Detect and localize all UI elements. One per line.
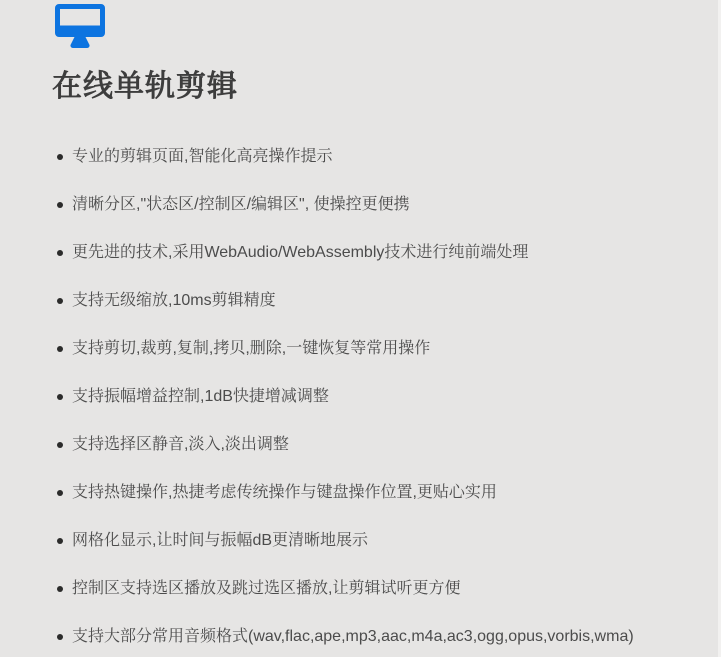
feature-list: 专业的剪辑页面,智能化高亮操作提示 清晰分区,"状态区/控制区/编辑区", 使操… <box>0 146 721 648</box>
feature-text: 支持振幅增益控制,1dB快捷增减调整 <box>72 386 329 408</box>
list-item: 清晰分区,"状态区/控制区/编辑区", 使操控更便携 <box>57 194 721 216</box>
list-item: 支持剪切,裁剪,复制,拷贝,删除,一键恢复等常用操作 <box>57 338 721 360</box>
bullet-icon <box>57 250 63 256</box>
feature-text: 专业的剪辑页面,智能化高亮操作提示 <box>72 146 332 168</box>
header-icon-wrap <box>0 0 721 48</box>
feature-text: 支持选择区静音,淡入,淡出调整 <box>72 434 289 456</box>
list-item: 更先进的技术,采用WebAudio/WebAssembly技术进行纯前端处理 <box>57 242 721 264</box>
feature-text: 支持大部分常用音频格式(wav,flac,ape,mp3,aac,m4a,ac3… <box>72 626 634 648</box>
bullet-icon <box>57 202 63 208</box>
bullet-icon <box>57 586 63 592</box>
list-item: 支持无级缩放,10ms剪辑精度 <box>57 290 721 312</box>
list-item: 网格化显示,让时间与振幅dB更清晰地展示 <box>57 530 721 552</box>
list-item: 专业的剪辑页面,智能化高亮操作提示 <box>57 146 721 168</box>
list-item: 支持热键操作,热捷考虑传统操作与键盘操作位置,更贴心实用 <box>57 482 721 504</box>
feature-text: 清晰分区,"状态区/控制区/编辑区", 使操控更便携 <box>72 194 410 216</box>
feature-text: 支持无级缩放,10ms剪辑精度 <box>72 290 276 312</box>
bullet-icon <box>57 442 63 448</box>
feature-text: 支持剪切,裁剪,复制,拷贝,删除,一键恢复等常用操作 <box>72 338 430 360</box>
page-title: 在线单轨剪辑 <box>52 70 721 104</box>
bullet-icon <box>57 490 63 496</box>
bullet-icon <box>57 346 63 352</box>
feature-text: 支持热键操作,热捷考虑传统操作与键盘操作位置,更贴心实用 <box>72 482 497 504</box>
feature-text: 更先进的技术,采用WebAudio/WebAssembly技术进行纯前端处理 <box>72 242 528 264</box>
list-item: 支持大部分常用音频格式(wav,flac,ape,mp3,aac,m4a,ac3… <box>57 626 721 648</box>
bullet-icon <box>57 634 63 640</box>
feature-text: 控制区支持选区播放及跳过选区播放,让剪辑试听更方便 <box>72 578 460 600</box>
bullet-icon <box>57 154 63 160</box>
list-item: 支持选择区静音,淡入,淡出调整 <box>57 434 721 456</box>
bullet-icon <box>57 538 63 544</box>
feature-text: 网格化显示,让时间与振幅dB更清晰地展示 <box>72 530 368 552</box>
list-item: 支持振幅增益控制,1dB快捷增减调整 <box>57 386 721 408</box>
list-item: 控制区支持选区播放及跳过选区播放,让剪辑试听更方便 <box>57 578 721 600</box>
monitor-icon <box>55 4 721 48</box>
bullet-icon <box>57 298 63 304</box>
bullet-icon <box>57 394 63 400</box>
